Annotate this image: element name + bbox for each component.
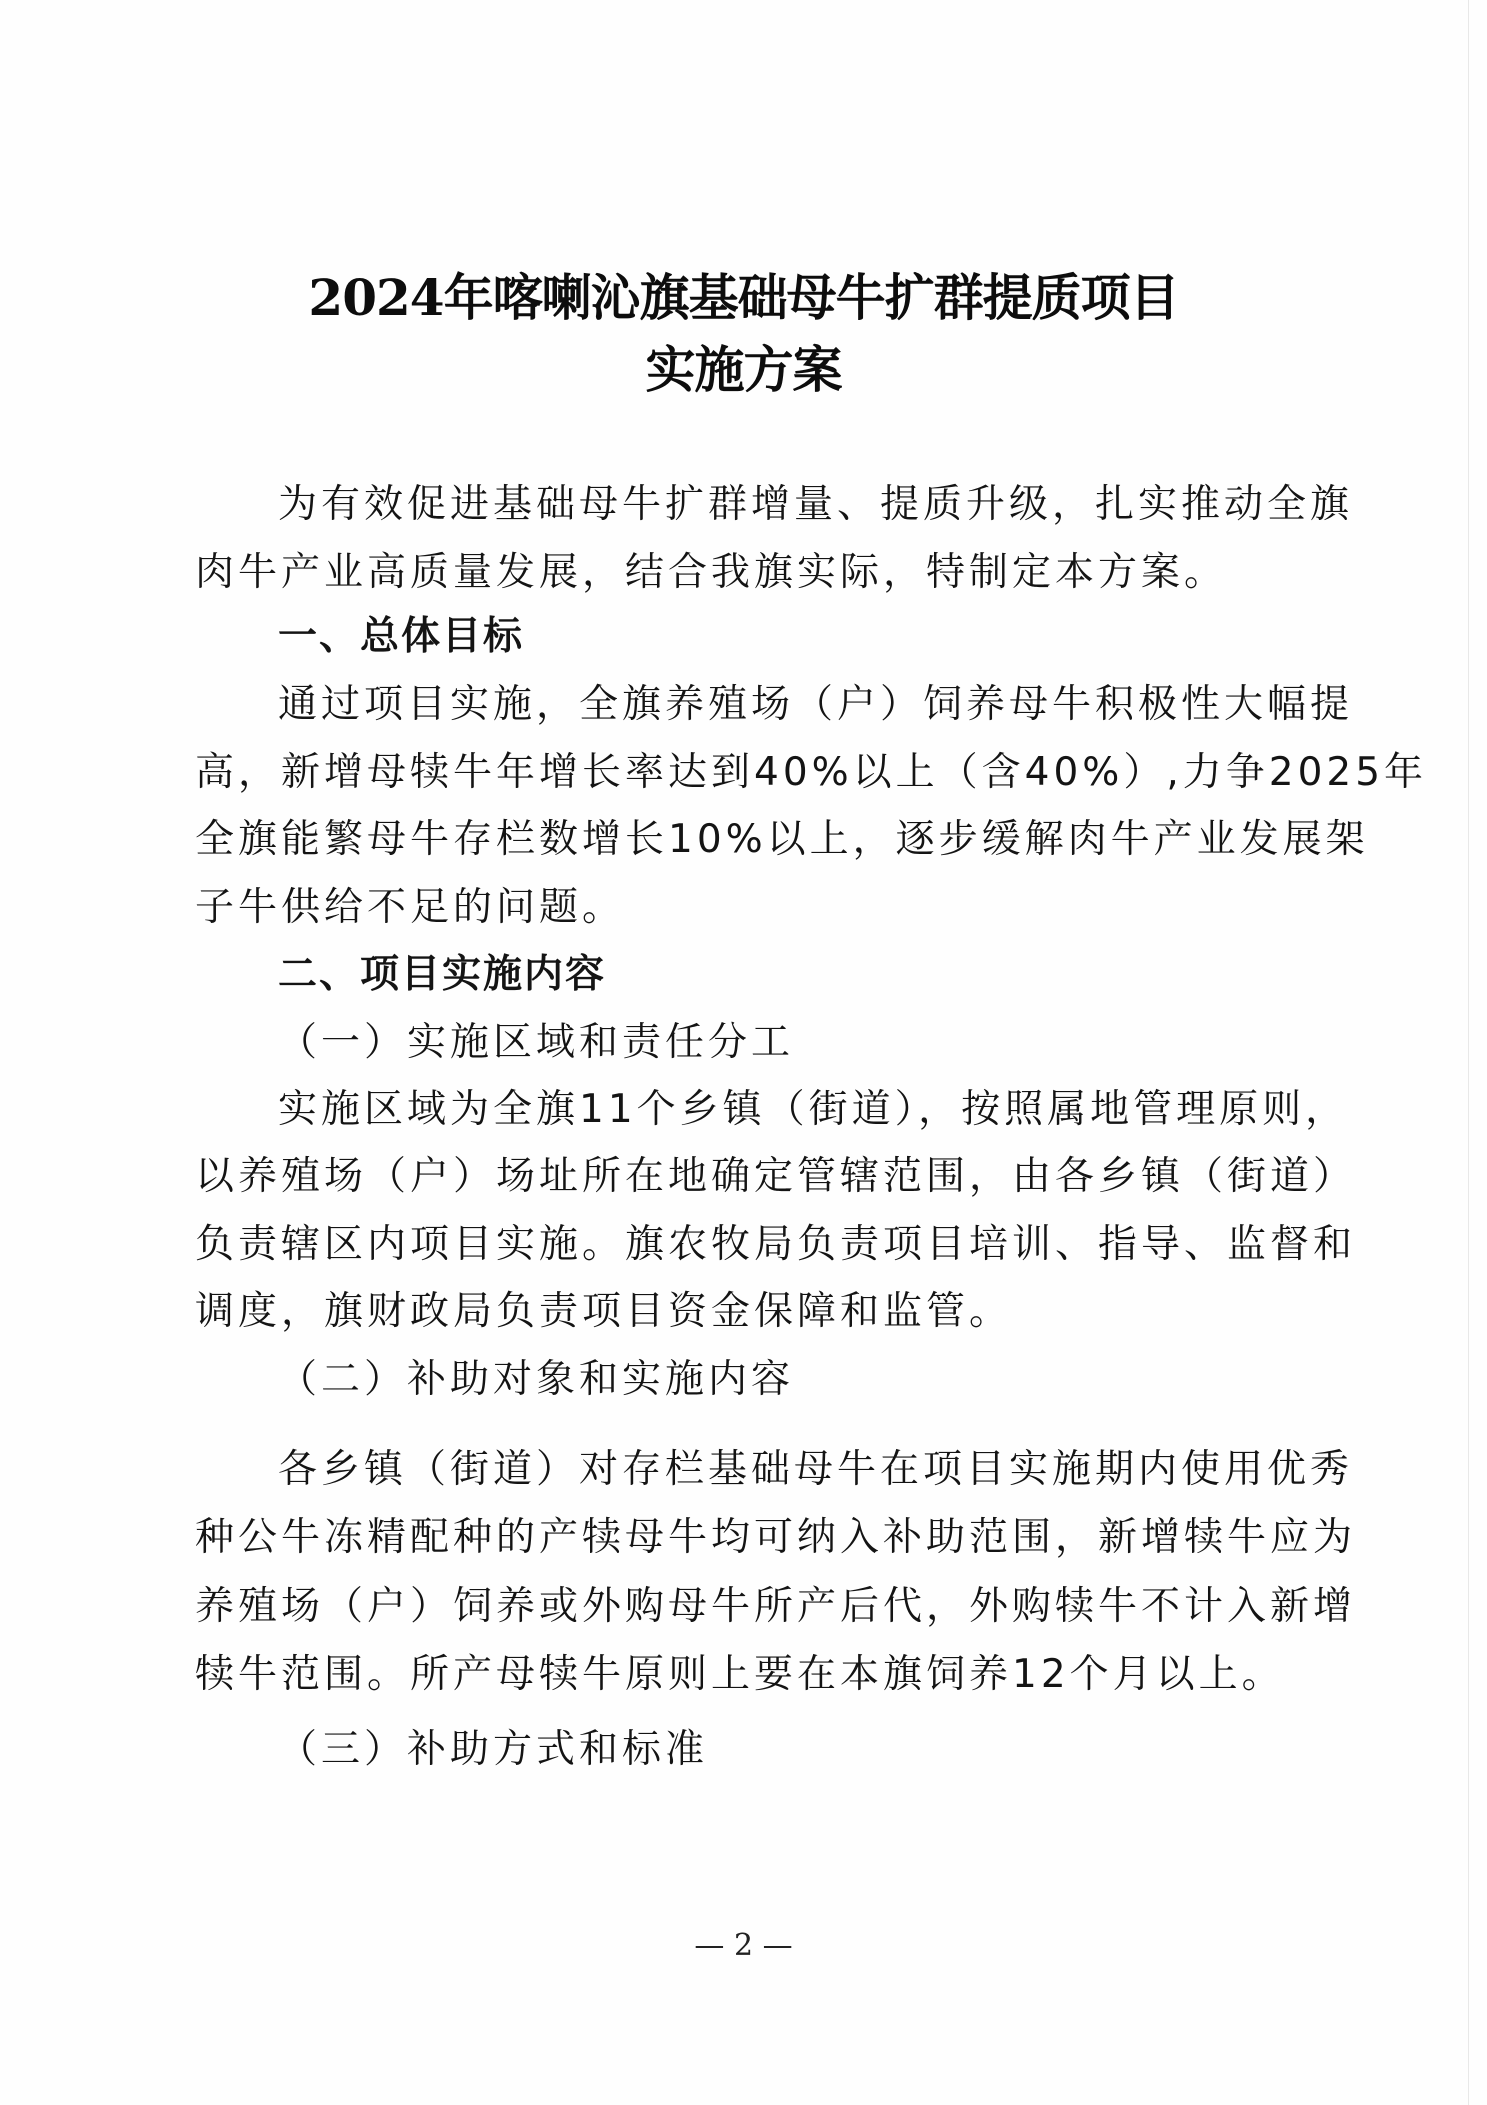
subsection2-line: 犊牛范围。所产母犊牛原则上要在本旗饲养12个月以上。 [195,1650,1325,1700]
subsection2-line: 各乡镇（街道）对存栏基础母牛在项目实施期内使用优秀 [278,1445,1408,1495]
section1-line: 通过项目实施，全旗养殖场（户）饲养母牛积极性大幅提 [278,680,1408,730]
section1-heading: 一、总体目标 [278,612,1408,662]
subsection1-line: 实施区域为全旗11个乡镇（街道），按照属地管理原则， [278,1085,1408,1135]
subsection2-heading: （二）补助对象和实施内容 [278,1355,1408,1405]
subsection2-line: 养殖场（户）饲养或外购母牛所产后代，外购犊牛不计入新增 [195,1582,1325,1632]
subsection1-heading: （一）实施区域和责任分工 [278,1018,1408,1068]
document-page: 2024年喀喇沁旗基础母牛扩群提质项目 实施方案 为有效促进基础母牛扩群增量、提… [0,0,1487,2105]
intro-line: 为有效促进基础母牛扩群增量、提质升级，扎实推动全旗 [278,480,1408,530]
intro-line: 肉牛产业高质量发展，结合我旗实际，特制定本方案。 [195,548,1325,598]
subsection2-line: 种公牛冻精配种的产犊母牛均可纳入补助范围，新增犊牛应为 [195,1513,1325,1563]
section1-line: 子牛供给不足的问题。 [195,883,1325,933]
document-title-line2: 实施方案 [0,330,1487,402]
subsection1-line: 以养殖场（户）场址所在地确定管辖范围，由各乡镇（街道） [195,1152,1325,1202]
section1-line: 高，新增母犊牛年增长率达到40%以上（含40%）,力争2025年 [195,748,1325,798]
section1-line: 全旗能繁母牛存栏数增长10%以上，逐步缓解肉牛产业发展架 [195,815,1325,865]
page-number: — 2 — [0,1928,1487,1963]
document-title-line1: 2024年喀喇沁旗基础母牛扩群提质项目 [0,258,1487,330]
section2-heading: 二、项目实施内容 [278,950,1408,1000]
subsection1-line: 负责辖区内项目实施。旗农牧局负责项目培训、指导、监督和 [195,1220,1325,1270]
subsection1-line: 调度，旗财政局负责项目资金保障和监管。 [195,1287,1325,1337]
subsection3-heading: （三）补助方式和标准 [278,1725,1408,1775]
